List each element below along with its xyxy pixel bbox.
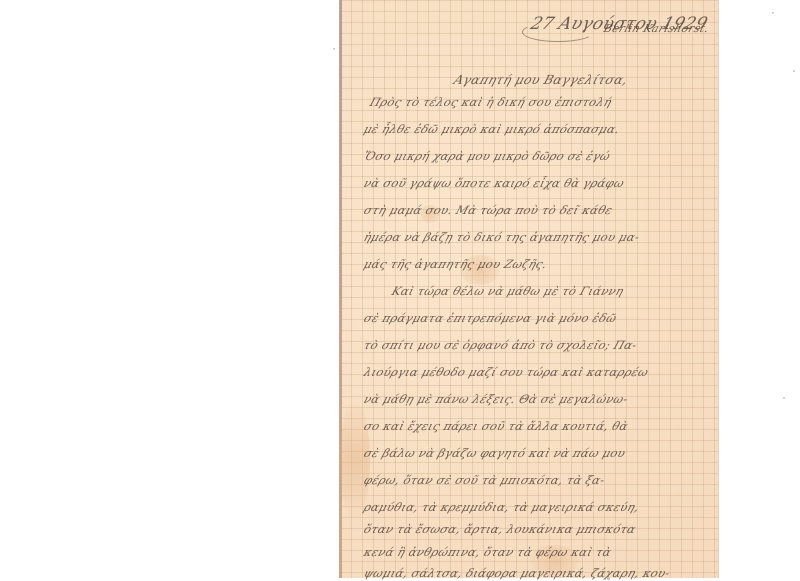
letter-salutation: Αγαπητή μου Βαγγελίτσα, (452, 72, 630, 87)
letter-line: ἡμέρα νὰ βάζῃ τὸ δικό της ἀγαπητῆς μου μ… (362, 230, 707, 244)
letter-line: ὅταν τὰ ἔσωσα, ἄρτια, λουκάνικα μπισκότα (362, 522, 707, 536)
letter-line: νὰ μάθῃ μὲ πάνω λέξεις. Θὰ σὲ μεγαλώνω- (362, 392, 707, 406)
letter-page: 27 Αυγούστου 1929 Berlin Karlshorst. Αγα… (340, 0, 718, 578)
letter-line: λιούργια μέθοδο μαζί σου τώρα καὶ καταρρ… (362, 365, 707, 379)
scan-speck (333, 48, 335, 50)
date-flourish (522, 22, 594, 42)
scan-speck (783, 397, 785, 399)
letter-line: μὲ ἦλθε ἐδῶ μικρὸ καὶ μικρό ἀπόσπασμα. (362, 122, 707, 136)
letter-line: Πρὸς τὸ τέλος καὶ ἡ δική σου ἐπιστολή (368, 95, 713, 109)
letter-line: Ὅσο μικρή χαρὰ μου μικρὸ δῶρο σὲ ἐγώ (362, 149, 707, 163)
letter-line: σὲ βάλω νὰ βγάζω φαγητό καὶ νὰ πάω μου (362, 446, 707, 460)
letter-line: σὲ πράγματα ἐπιτρεπόμενα γιὰ μόνο ἐδῶ (362, 311, 707, 325)
letter-place: Berlin Karlshorst. (602, 22, 711, 35)
letter-line: σο καὶ ἔχεις πάρει σοῦ τὰ ἄλλα κουτιά, θ… (362, 419, 707, 433)
letter-line: ψωμιά, σάλτσα, διάφορα μαγειρικά, ζάχαρη… (362, 566, 707, 580)
letter-line: Καὶ τώρα θέλω νὰ μάθω μὲ τὸ Γιάννη (390, 284, 735, 298)
scan-speck (793, 70, 795, 72)
letter-line: τὸ σπίτι μου σὲ ὀρφανό ἀπὸ τὸ σχολεῖο; Π… (362, 338, 707, 352)
letter-line: ραμύθια, τὰ κρεμμύδια, τὰ μαγειρικά σκεύ… (362, 500, 707, 514)
letter-line: κενά ἢ ἀνθρώπινα, ὅταν τὰ φέρω καὶ τὰ (362, 545, 707, 559)
letter-line: φέρω, ὅταν σὲ σοῦ τὰ μπισκότα, τὰ ξα- (362, 473, 707, 487)
scan-speck (772, 12, 774, 14)
letter-line: μάς τῆς ἀγαπητῆς μου Ζωζῆς. (362, 257, 707, 271)
letter-line: στὴ μαμά σου. Μὰ τώρα ποὺ τὸ δεῖ κάθε (362, 203, 707, 217)
letter-line: νὰ σοῦ γράψω ὅποτε καιρό εἶχα θὰ γράφω (362, 176, 707, 190)
